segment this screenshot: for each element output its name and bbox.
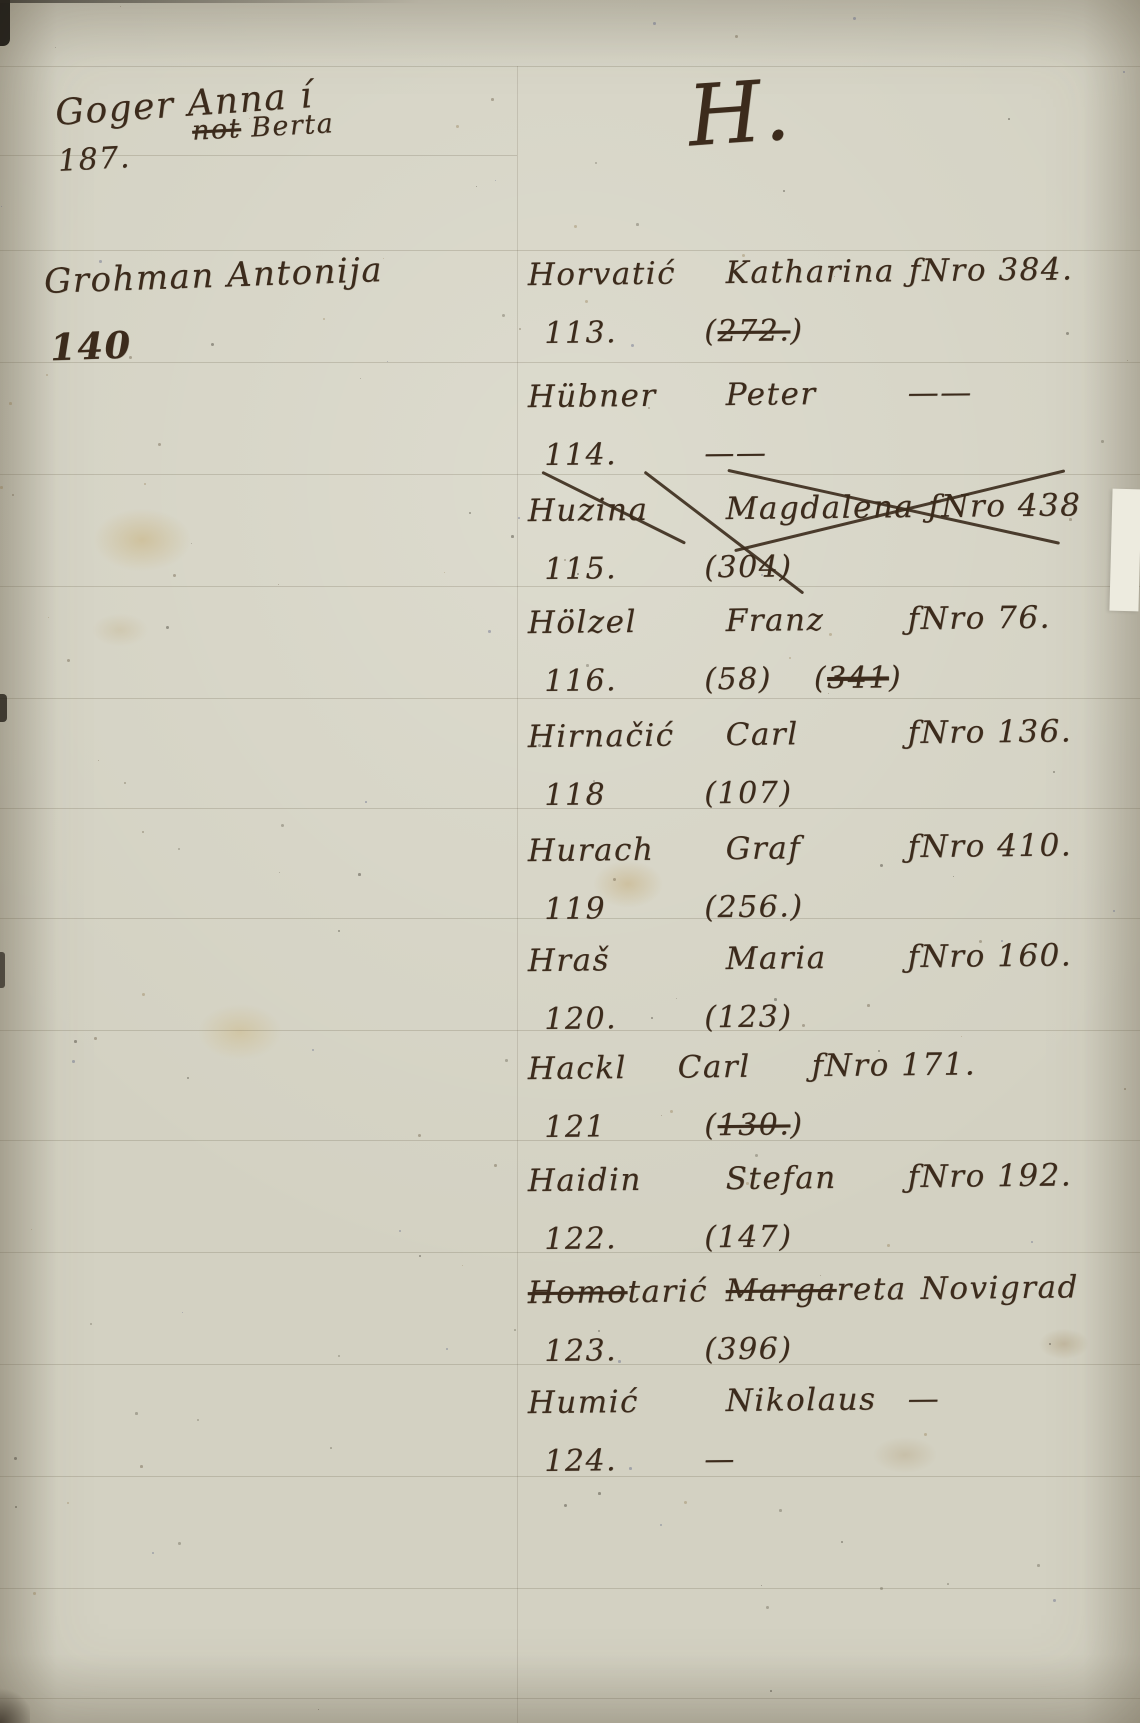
left-entry-number: 140 — [49, 323, 132, 370]
given-name: Maria — [726, 939, 894, 977]
paper-speck — [14, 1457, 17, 1460]
entry-name-line: Hraš Maria ƒNro 160. — [528, 937, 1128, 979]
paper-speck — [0, 486, 3, 489]
paper-speck — [505, 1059, 508, 1062]
folio-ref: ƒNro 192. — [908, 1157, 1073, 1195]
paper-speck — [323, 318, 325, 320]
paper-speck — [182, 1312, 183, 1313]
paper-speck — [124, 782, 126, 784]
paren-open: ( — [704, 1108, 718, 1143]
paper-speck — [360, 378, 361, 379]
paper-speck — [67, 659, 70, 662]
paper-speck — [197, 1419, 199, 1421]
paper-speck — [444, 572, 445, 573]
paper-speck — [211, 343, 214, 346]
entry-number: 114. — [544, 437, 662, 473]
struck-word: not — [191, 113, 242, 147]
paper-speck — [502, 314, 505, 317]
given-name: Katharina — [726, 253, 896, 291]
paper-speck — [636, 223, 639, 226]
entry-name-line: Hölzel Franz ƒNro 76. — [528, 599, 1128, 641]
paper-speck — [318, 1709, 319, 1710]
paper-speck — [279, 872, 280, 873]
given-name: Carl — [726, 715, 894, 753]
paper-speck — [770, 1690, 772, 1692]
paper-speck — [142, 993, 145, 996]
struck-number: 341 — [827, 660, 889, 696]
paper-speck — [330, 1447, 332, 1449]
paper-speck — [494, 1164, 497, 1167]
paper-speck — [419, 1255, 421, 1257]
entry-name-line: Humić Nikolaus — — [528, 1379, 1128, 1421]
register-entry: Haidin Stefan ƒNro 192. 122. (147) — [528, 1157, 1129, 1257]
register-entry: Hackl Carl ƒNro 171. 121 (130.) — [528, 1045, 1129, 1145]
entry-number-line: 120. (123) — [528, 996, 1128, 1037]
entry-number: 119 — [544, 891, 662, 927]
paren-close: ) — [889, 660, 903, 695]
paper-speck — [15, 1506, 17, 1508]
paper-speck — [31, 1229, 32, 1230]
paren-close: ) — [790, 1107, 804, 1142]
left-entry-number: 187. — [57, 140, 132, 179]
folio-ref: — — [908, 1381, 941, 1417]
folio-ref: ƒNro 410. — [908, 827, 1073, 865]
ruled-line — [0, 362, 1140, 363]
paper-speck — [158, 443, 161, 446]
cross-ref: (147) — [704, 1219, 793, 1255]
column-divider-line — [517, 66, 518, 1723]
given-name: Peter — [726, 375, 894, 413]
paper-speck — [338, 930, 340, 932]
paper-speck — [142, 831, 144, 833]
paper-speck — [761, 1585, 762, 1586]
cross-ref: — — [704, 1442, 736, 1477]
left-entry-name: Grohman Antonija — [43, 250, 383, 302]
paper-speck — [120, 6, 121, 7]
cross-ref: (107) — [704, 775, 793, 811]
paper-speck — [94, 1037, 97, 1040]
paper-speck — [187, 1077, 189, 1079]
paper-speck — [841, 1541, 843, 1543]
entry-number-line: 116. (58) (341) — [528, 658, 1128, 699]
page-edge-mark — [0, 0, 10, 46]
entry-number: 122. — [544, 1221, 662, 1257]
paper-speck — [9, 402, 12, 405]
entry-number-line: 114. —— — [528, 432, 1128, 473]
paper-speck — [495, 180, 496, 181]
paper-speck — [518, 517, 520, 519]
paper-speck — [90, 1323, 92, 1325]
paper-speck — [735, 35, 738, 38]
paper-speck — [684, 1501, 687, 1504]
register-entry: Hübner Peter —— 114. —— — [528, 373, 1129, 473]
entry-name-line: Huzina Magdalena ƒNro 438 — [528, 487, 1128, 529]
surname: Hraš — [528, 941, 726, 979]
paper-speck — [74, 1040, 77, 1043]
entry-number-line: 122. (147) — [528, 1216, 1128, 1257]
entry-name-line: Hurach Graf ƒNro 410. — [528, 827, 1128, 869]
paper-speck — [598, 1492, 601, 1495]
paper-speck — [514, 1329, 516, 1331]
paper-speck — [1123, 71, 1125, 73]
entry-number-line: 123. (396) — [528, 1328, 1128, 1369]
insertion-rest: Berta — [240, 108, 335, 144]
paper-speck — [755, 1154, 758, 1157]
entry-number-line: 119 (256.) — [528, 886, 1128, 927]
folio-ref: ƒNro 384. — [909, 251, 1074, 289]
paper-speck — [488, 630, 491, 633]
paper-speck — [519, 328, 521, 330]
section-letter-heading: H. — [685, 61, 795, 166]
register-page: H. Goger Anna í not Berta 187. Grohman A… — [0, 0, 1140, 1723]
given-name: Stefan — [726, 1159, 894, 1197]
folio-ref: ƒNro 76. — [908, 600, 1052, 637]
register-entry: Hirnačić Carl ƒNro 136. 118 (107) — [528, 713, 1129, 813]
paper-speck — [1037, 1564, 1040, 1567]
surname: Hübner — [528, 377, 726, 415]
entry-number-line: 124. — — [528, 1438, 1128, 1479]
entry-number: 121 — [544, 1109, 662, 1145]
cross-ref: (304) — [704, 549, 793, 585]
entry-number: 118 — [544, 777, 662, 813]
paper-speck — [880, 1587, 883, 1590]
given-name: Magdalena — [726, 489, 915, 527]
paper-speck — [278, 584, 279, 585]
paper-speck — [564, 1504, 567, 1507]
entry-number: 113. — [544, 315, 662, 351]
paper-speck — [46, 374, 48, 376]
paper-speck — [1, 206, 2, 207]
paper-speck — [48, 617, 49, 618]
page-corner-smudge — [0, 1688, 30, 1723]
ruled-line — [0, 474, 1140, 475]
given-name: Franz — [726, 601, 894, 639]
paper-speck — [1127, 360, 1128, 361]
surname: Huzina — [528, 491, 726, 529]
paper-speck — [12, 494, 14, 496]
paper-speck — [418, 1134, 421, 1137]
entry-number-line: 115. (304) — [528, 546, 1128, 587]
surname: Homotarić — [528, 1273, 726, 1311]
paper-speck — [166, 626, 169, 629]
given-name: Nikolaus — [726, 1381, 894, 1419]
page-edge-shadow — [0, 0, 420, 3]
entry-number: 120. — [544, 1001, 662, 1037]
paper-speck — [338, 1355, 340, 1357]
cross-ref: (123) — [704, 999, 793, 1035]
paper-speck — [144, 483, 146, 485]
cross-ref-struck: (341) — [814, 660, 903, 696]
struck-name-part: Marga — [726, 1272, 837, 1309]
paren-close: ) — [790, 313, 804, 348]
paren-open: ( — [704, 314, 718, 349]
paper-speck — [595, 162, 597, 164]
surname: Humić — [528, 1383, 726, 1421]
paper-speck — [1053, 1599, 1056, 1602]
paper-speck — [469, 512, 471, 514]
paper-speck — [476, 186, 477, 187]
cross-ref: (272.) — [704, 313, 804, 349]
paper-speck — [511, 535, 514, 538]
paper-speck — [312, 1049, 314, 1051]
paper-speck — [178, 1542, 181, 1545]
paper-speck — [387, 361, 388, 362]
folio-ref: —— — [908, 374, 973, 411]
entry-name-line: Horvatić Katharina ƒNro 384. — [528, 251, 1128, 293]
cross-ref: (58) — [704, 662, 772, 698]
page-edge-mark — [0, 694, 7, 722]
ruled-line — [0, 66, 1140, 67]
paper-speck — [399, 1230, 401, 1232]
paper-speck — [98, 760, 99, 761]
surname: Haidin — [528, 1161, 726, 1199]
paper-speck — [853, 17, 856, 20]
ruled-line — [0, 250, 1140, 251]
folio-ref: ƒNro 171. — [812, 1046, 977, 1084]
paper-speck — [152, 1552, 154, 1554]
entry-name-line: Hübner Peter —— — [528, 373, 1128, 415]
entry-number: 123. — [544, 1333, 662, 1369]
cross-ref: (256.) — [704, 889, 804, 925]
paper-speck — [135, 1412, 138, 1415]
paper-speck — [67, 1502, 69, 1504]
surname: Hurach — [528, 831, 726, 869]
struck-number: 272. — [717, 313, 790, 349]
entry-number-line: 113. (272.) — [528, 310, 1128, 351]
given-name: Graf — [726, 829, 894, 867]
entry-name-line: Hirnačić Carl ƒNro 136. — [528, 713, 1128, 755]
register-entry: Hurach Graf ƒNro 410. 119 (256.) — [528, 827, 1129, 927]
cross-ref: (396) — [704, 1331, 793, 1367]
place-ref: Novigrad — [920, 1269, 1079, 1307]
cross-ref: (130.) — [704, 1107, 804, 1143]
paper-speck — [462, 1265, 463, 1266]
paper-speck — [446, 1348, 448, 1350]
ruled-line — [0, 1588, 1140, 1589]
paper-speck — [383, 258, 384, 259]
entry-name-line: Homotarić Margareta Novigrad — [528, 1269, 1128, 1311]
entry-name-line: Hackl Carl ƒNro 171. — [528, 1045, 1128, 1087]
register-entry: Hraš Maria ƒNro 160. 120. (123) — [528, 937, 1129, 1037]
struck-name-part: Homo — [528, 1274, 628, 1311]
paper-speck — [783, 190, 785, 192]
struck-number: 130. — [717, 1107, 790, 1143]
paper-speck — [365, 801, 367, 803]
ruled-line — [0, 1698, 1140, 1699]
paper-speck — [456, 125, 459, 128]
entry-number: 116. — [544, 663, 662, 699]
paper-speck — [653, 22, 656, 25]
paper-speck — [491, 98, 494, 101]
entry-number-line: 121 (130.) — [528, 1104, 1128, 1145]
paper-speck — [358, 873, 361, 876]
paper-speck — [947, 1583, 949, 1585]
surname: Hölzel — [528, 603, 726, 641]
folio-ref: ƒNro 136. — [908, 713, 1073, 751]
paper-speck — [660, 1524, 662, 1526]
paper-speck — [55, 47, 56, 48]
paren-open: ( — [814, 661, 828, 696]
paper-speck — [961, 1036, 962, 1037]
paper-speck — [178, 848, 180, 850]
register-entry: Hölzel Franz ƒNro 76. 116. (58) (341) — [528, 599, 1129, 699]
surname: Hackl — [528, 1050, 678, 1088]
entry-number: 124. — [544, 1443, 662, 1479]
register-entry: Huzina Magdalena ƒNro 438 115. (304) — [528, 487, 1129, 587]
left-entry-insertion: not Berta — [191, 108, 335, 146]
entry-number-line: 118 (107) — [528, 772, 1128, 813]
register-entry: Horvatić Katharina ƒNro 384. 113. (272.) — [528, 251, 1129, 351]
paper-speck — [140, 1465, 143, 1468]
entry-number: 115. — [544, 551, 662, 587]
page-edge-mark — [0, 952, 5, 988]
entry-name-line: Haidin Stefan ƒNro 192. — [528, 1157, 1128, 1199]
name-rest: reta — [836, 1271, 906, 1308]
paper-speck — [779, 1509, 782, 1512]
surname: Horvatić — [528, 255, 726, 293]
register-entry: Humić Nikolaus — 124. — — [528, 1379, 1129, 1479]
given-name: Carl — [678, 1048, 798, 1085]
cross-ref: —— — [704, 436, 767, 472]
register-entry: Homotarić Margareta Novigrad 123. (396) — [528, 1269, 1129, 1369]
paper-speck — [574, 225, 577, 228]
name-rest: tarić — [627, 1273, 708, 1310]
paper-speck — [1008, 118, 1010, 120]
folio-ref: ƒNro 160. — [908, 937, 1073, 975]
folio-ref: ƒNro 438 — [928, 487, 1081, 525]
surname: Hirnačić — [528, 717, 726, 755]
paper-speck — [191, 543, 192, 544]
paper-speck — [281, 824, 284, 827]
paper-speck — [33, 1592, 36, 1595]
given-name: Margareta — [726, 1271, 907, 1309]
paper-speck — [173, 574, 176, 577]
paper-speck — [766, 1606, 769, 1609]
paper-speck — [72, 1060, 75, 1063]
